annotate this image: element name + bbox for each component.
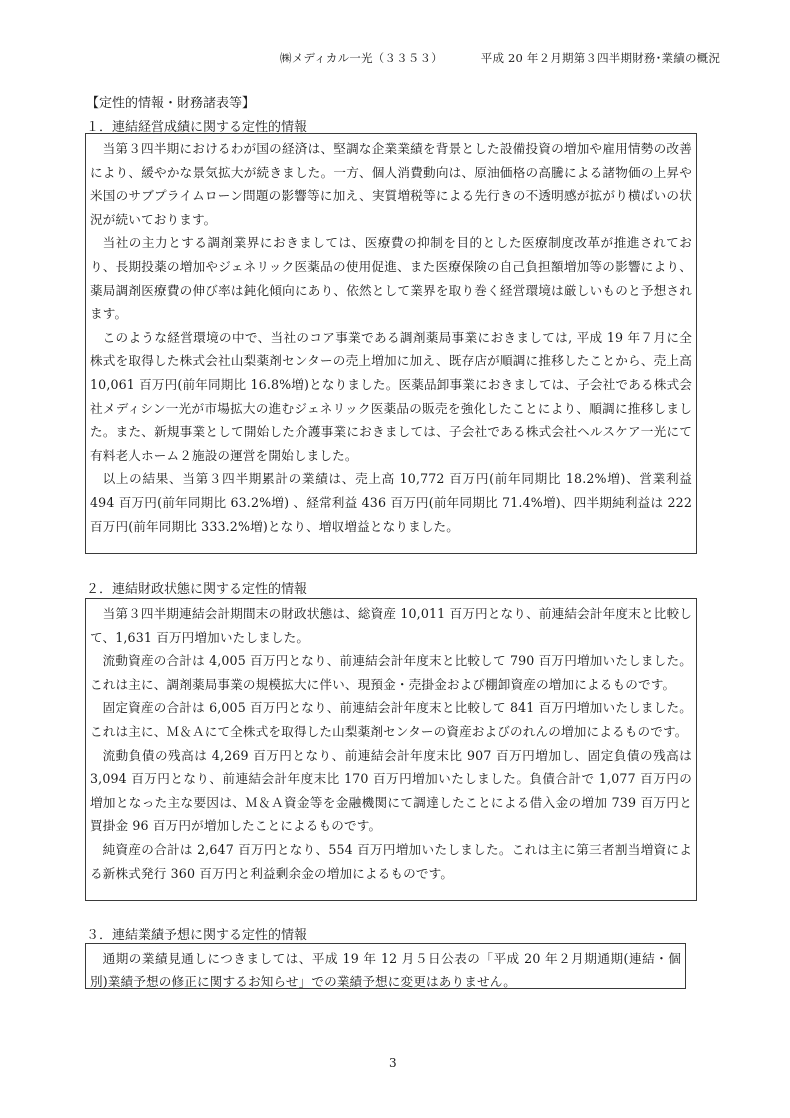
section-2-heading: ２．連結財政状態に関する定性的情報 [86, 578, 307, 597]
report-title: 平成 20 年２月期第３四半期財務･業績の概況 [481, 50, 720, 66]
section-3-box: 通期の業績見通しにつきましては、平成 19 年 12 月５日公表の「平成 20 … [85, 943, 686, 989]
section-2-paragraph: 流動資産の合計は 4,005 百万円となり、前連結会計年度末と比較して 790 … [90, 649, 692, 696]
section-1-box: 当第３四半期におけるわが国の経済は、堅調な企業業績を背景とした設備投資の増加や雇… [85, 133, 697, 554]
section-2-paragraph: 固定資産の合計は 6,005 百万円となり、前連結会計年度末と比較して 841 … [90, 696, 692, 743]
company-name: ㈱メディカル一光（３３５３） [280, 50, 443, 66]
section-1-paragraph: 以上の結果、当第３四半期累計の業績は、売上高 10,772 百万円(前年同期比 … [90, 467, 692, 538]
section-3-heading: ３．連結業績予想に関する定性的情報 [86, 924, 307, 943]
section-2-paragraph: 流動負債の残高は 4,269 百万円となり、前連結会計年度末比 907 百万円増… [90, 744, 692, 838]
section-2-paragraph: 当第３四半期連結会計期間末の財政状態は、総資産 10,011 百万円となり、前連… [90, 602, 692, 649]
page-header: ㈱メディカル一光（３３５３） 平成 20 年２月期第３四半期財務･業績の概況 [280, 50, 710, 66]
section-1-paragraph: 当第３四半期におけるわが国の経済は、堅調な企業業績を背景とした設備投資の増加や雇… [90, 137, 692, 231]
page-number: 3 [389, 1056, 397, 1070]
section-3-paragraph: 通期の業績見通しにつきましては、平成 19 年 12 月５日公表の「平成 20 … [90, 947, 681, 993]
section-1-paragraph: 当社の主力とする調剤業界におきましては、医療費の抑制を目的とした医療制度改革が推… [90, 231, 692, 325]
section-2-paragraph: 純資産の合計は 2,647 百万円となり、554 百万円増加いたしました。これは… [90, 838, 692, 885]
section-1-paragraph: このような経営環境の中で、当社のコア事業である調剤薬局事業におきましては, 平成… [90, 326, 692, 468]
main-heading: 【定性的情報・財務諸表等】 [86, 92, 255, 111]
section-2-box: 当第３四半期連結会計期間末の財政状態は、総資産 10,011 百万円となり、前連… [85, 598, 697, 901]
